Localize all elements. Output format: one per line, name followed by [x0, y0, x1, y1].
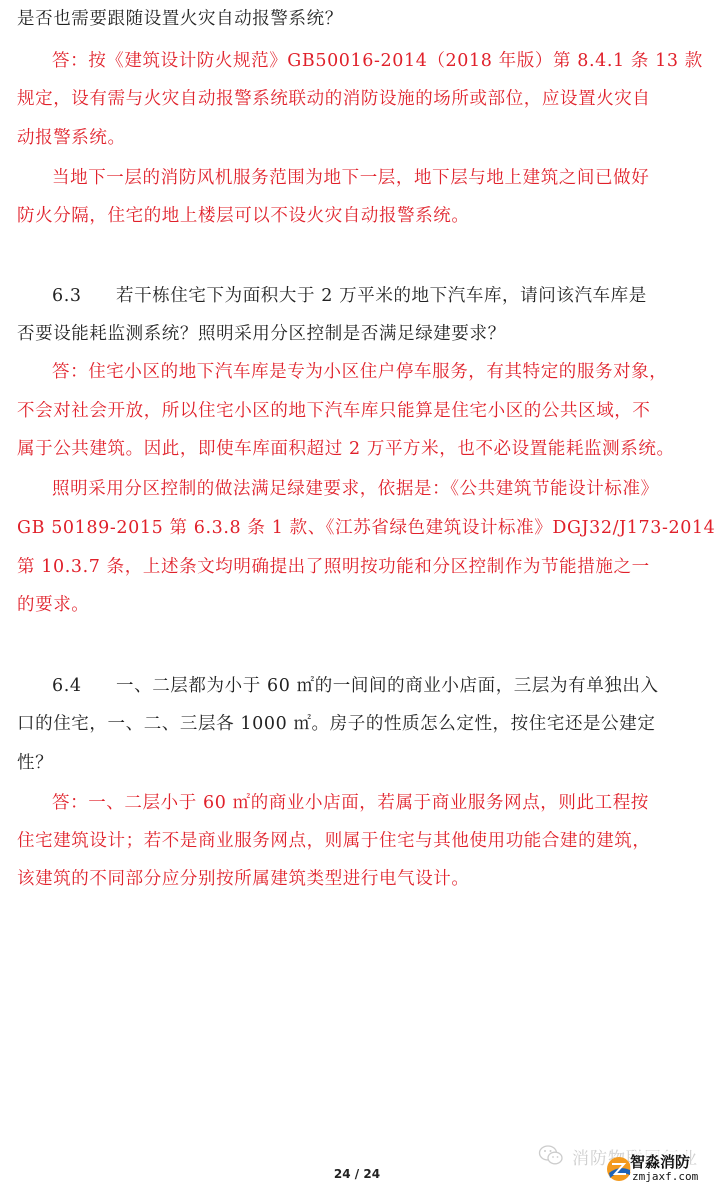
answer-text: 防火分隔，住宅的地上楼层可以不设火灾自动报警系统。 — [17, 205, 704, 227]
section-6-4-question: 6.4一、二层都为小于 60 ㎡的一间间的商业小店面，三层为有单独出入 — [52, 675, 704, 697]
answer-text: GB 50189-2015 第 6.3.8 条 1 款、《江苏省绿色建筑设计标准… — [17, 517, 704, 539]
question-text: 口的住宅，一、二、三层各 1000 ㎡。房子的性质怎么定性，按住宅还是公建定 — [17, 713, 704, 735]
answer-text: 的要求。 — [17, 594, 704, 616]
answer-text: 住宅建筑设计；若不是商业服务网点，则属于住宅与其他使用功能合建的建筑， — [17, 830, 704, 852]
question-text: 性？ — [17, 752, 704, 774]
question-text: 若干栋住宅下为面积大于 2 万平米的地下汽车库，请问该汽车库是 — [116, 286, 647, 306]
page-number: 24 / 24 — [0, 1167, 714, 1181]
question-text: 否要设能耗监测系统？照明采用分区控制是否满足绿建要求？ — [17, 323, 704, 345]
answer-text: 照明采用分区控制的做法满足绿建要求，依据是：《公共建筑节能设计标准》 — [52, 478, 704, 500]
section-number: 6.3 — [52, 285, 116, 307]
answer-text: 答：一、二层小于 60 ㎡的商业小店面，若属于商业服务网点，则此工程按 — [52, 792, 704, 814]
answer-text: 答：按《建筑设计防火规范》GB50016-2014（2018 年版）第 8.4.… — [52, 50, 704, 72]
answer-text: 该建筑的不同部分应分别按所属建筑类型进行电气设计。 — [17, 868, 704, 890]
answer-text: 答：住宅小区的地下汽车库是专为小区住户停车服务，有其特定的服务对象， — [52, 361, 704, 383]
question-text: 是否也需要跟随设置火灾自动报警系统？ — [17, 8, 704, 30]
answer-text: 不会对社会开放，所以住宅小区的地下汽车库只能算是住宅小区的公共区域，不 — [17, 400, 704, 422]
answer-text: 当地下一层的消防风机服务范围为地下一层，地下层与地上建筑之间已做好 — [52, 167, 704, 189]
answer-text: 第 10.3.7 条，上述条文均明确提出了照明按功能和分区控制作为节能措施之一 — [17, 556, 704, 578]
wechat-icon — [538, 1144, 564, 1166]
section-6-3-question: 6.3若干栋住宅下为面积大于 2 万平米的地下汽车库，请问该汽车库是 — [52, 285, 704, 307]
section-number: 6.4 — [52, 675, 116, 697]
question-text: 一、二层都为小于 60 ㎡的一间间的商业小店面，三层为有单独出入 — [116, 676, 659, 696]
answer-text: 动报警系统。 — [17, 127, 704, 149]
answer-text: 规定，设有需与火灾自动报警系统联动的消防设施的场所或部位，应设置火灾自 — [17, 88, 704, 110]
answer-text: 属于公共建筑。因此，即使车库面积超过 2 万平方米，也不必设置能耗监测系统。 — [17, 438, 704, 460]
